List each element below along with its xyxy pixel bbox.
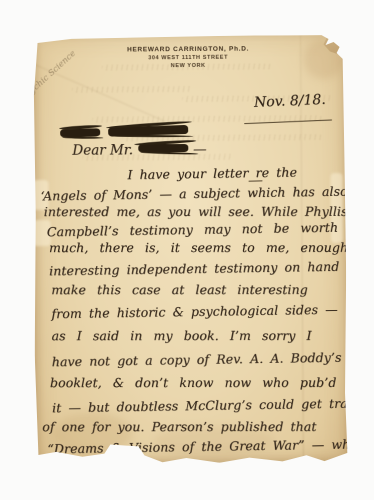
struck-out-word — [60, 128, 100, 137]
body-line: as I said in my book. I’m sorry I — [52, 328, 312, 343]
salutation-dash: — — [193, 142, 207, 158]
body-line: much, there is, it seems to me, enough — [49, 240, 348, 255]
struck-out-name — [138, 144, 188, 152]
ghost-writing-line — [72, 86, 192, 93]
letterhead: HEREWARD CARRINGTON, Ph.D. 304 WEST 111T… — [32, 44, 345, 71]
body-line: I have your letter re the — [127, 165, 297, 183]
body-line: booklet, & don’t know now who pub’d — [50, 375, 337, 390]
body-line: of one for you. Pearson’s published that — [42, 419, 316, 434]
re-underline — [249, 180, 263, 181]
body-line: have not got a copy of Rev. A. A. Boddy’… — [52, 350, 342, 370]
body-line: interested me, as you will see. While Ph… — [44, 204, 348, 219]
body-line: from the historic & psychological sides … — [51, 302, 337, 321]
letter-scan: HEREWARD CARRINGTON, Ph.D. 304 WEST 111T… — [0, 0, 374, 500]
letter-paper: HEREWARD CARRINGTON, Ph.D. 304 WEST 111T… — [31, 33, 347, 467]
letterhead-city: NEW YORK — [32, 61, 345, 71]
body-line: make this case at least interesting — [51, 282, 308, 297]
body-line: Campbell’s testimony may not be worth — [47, 220, 338, 240]
body-line: it — but doubtless McClurg’s could get t… — [52, 395, 363, 415]
salutation: Dear Mr.— — [72, 142, 206, 159]
date: Nov. 8/18. — [254, 92, 326, 111]
struck-out-word — [108, 125, 188, 137]
body-line: interesting independent testimony on han… — [49, 258, 359, 278]
salutation-greeting: Dear Mr. — [72, 142, 133, 158]
